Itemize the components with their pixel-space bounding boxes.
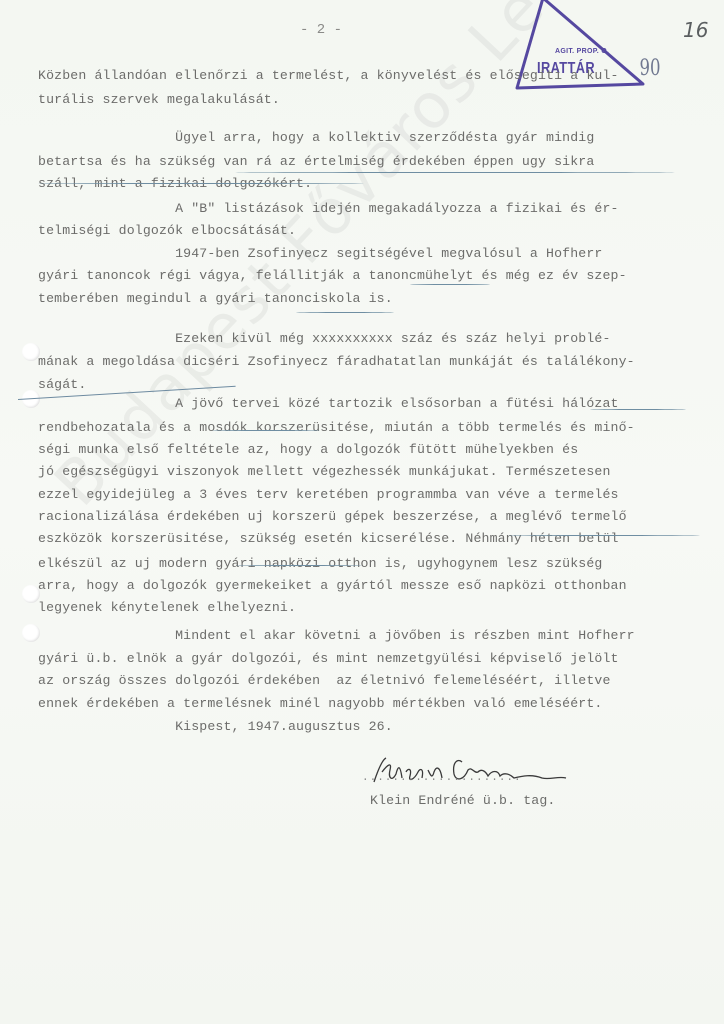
text-line: Ezeken kivül még xxxxxxxxxx száz és száz…: [38, 331, 611, 346]
text-line: telmiségi dolgozók elbocsátását.: [38, 223, 296, 238]
text-line: A "B" listázások idején megakadályozza a…: [38, 201, 619, 216]
text-line: racionalizálása érdekében uj korszerü gé…: [38, 509, 627, 524]
underline-mark: [410, 284, 490, 285]
page-number: - 2 -: [300, 22, 342, 38]
text-line: ennek érdekében a termelésnek minél nagy…: [38, 696, 602, 711]
document-page: Budapest Főváros Levéltára - 2 - 16 AGIT…: [0, 0, 724, 1024]
underline-mark: [234, 172, 676, 173]
signature-dotted-line: .....................: [362, 772, 522, 784]
text-line: ségi munka első feltétele az, hogy a dol…: [38, 442, 578, 457]
underline-mark: [38, 183, 364, 184]
text-line: betartsa és ha szükség van rá az értelmi…: [38, 154, 594, 169]
text-line: Kispest, 1947.augusztus 26.: [38, 719, 393, 734]
text-line: Ügyel arra, hogy a kollektiv szerződésta…: [38, 130, 594, 145]
underline-mark: [508, 535, 700, 536]
text-line: rendbehozatala és a mosdók korszerüsités…: [38, 420, 635, 435]
underline-mark: [296, 312, 394, 313]
text-line: gyári ü.b. elnök a gyár dolgozói, és min…: [38, 651, 619, 666]
text-line: Mindent el akar követni a jövőben is rés…: [38, 628, 635, 643]
folio-number: 16: [683, 18, 708, 42]
text-line: elkészül az uj modern gyári napközi otth…: [38, 556, 602, 571]
handwritten-number: 90: [640, 56, 661, 81]
text-line: turális szervek megalakulását.: [38, 92, 280, 107]
text-line: mának a megoldása dicséri Zsofinyecz fár…: [38, 354, 635, 369]
text-line: arra, hogy a dolgozók gyermekeiket a gyá…: [38, 578, 627, 593]
signature-typed-name: Klein Endréné ü.b. tag.: [370, 793, 555, 808]
text-line: ságát.: [38, 377, 86, 392]
text-line: Közben állandóan ellenőrzi a termelést, …: [38, 68, 619, 83]
text-line: temberében megindul a gyári tanonciskola…: [38, 291, 393, 306]
stamp-line-1: AGIT. PROP. O.: [555, 48, 609, 55]
text-line: eszközök korszerüsitése, szükség esetén …: [38, 531, 619, 546]
text-line: az ország összes dolgozói érdekében az é…: [38, 673, 611, 688]
underline-mark: [236, 565, 362, 566]
text-line: ezzel egyidejüleg a 3 éves terv keretébe…: [38, 487, 619, 502]
text-line: jó egészségügyi viszonyok mellett végezh…: [38, 464, 611, 479]
text-line: gyári tanoncok régi vágya, felállitják a…: [38, 268, 627, 283]
underline-mark: [212, 430, 320, 431]
text-line: legyenek kénytelenek elhelyezni.: [38, 600, 296, 615]
underline-mark: [590, 409, 686, 410]
text-line: A jövő tervei közé tartozik elsősorban a…: [38, 396, 619, 411]
text-line: 1947-ben Zsofinyecz segitségével megvaló…: [38, 246, 602, 261]
